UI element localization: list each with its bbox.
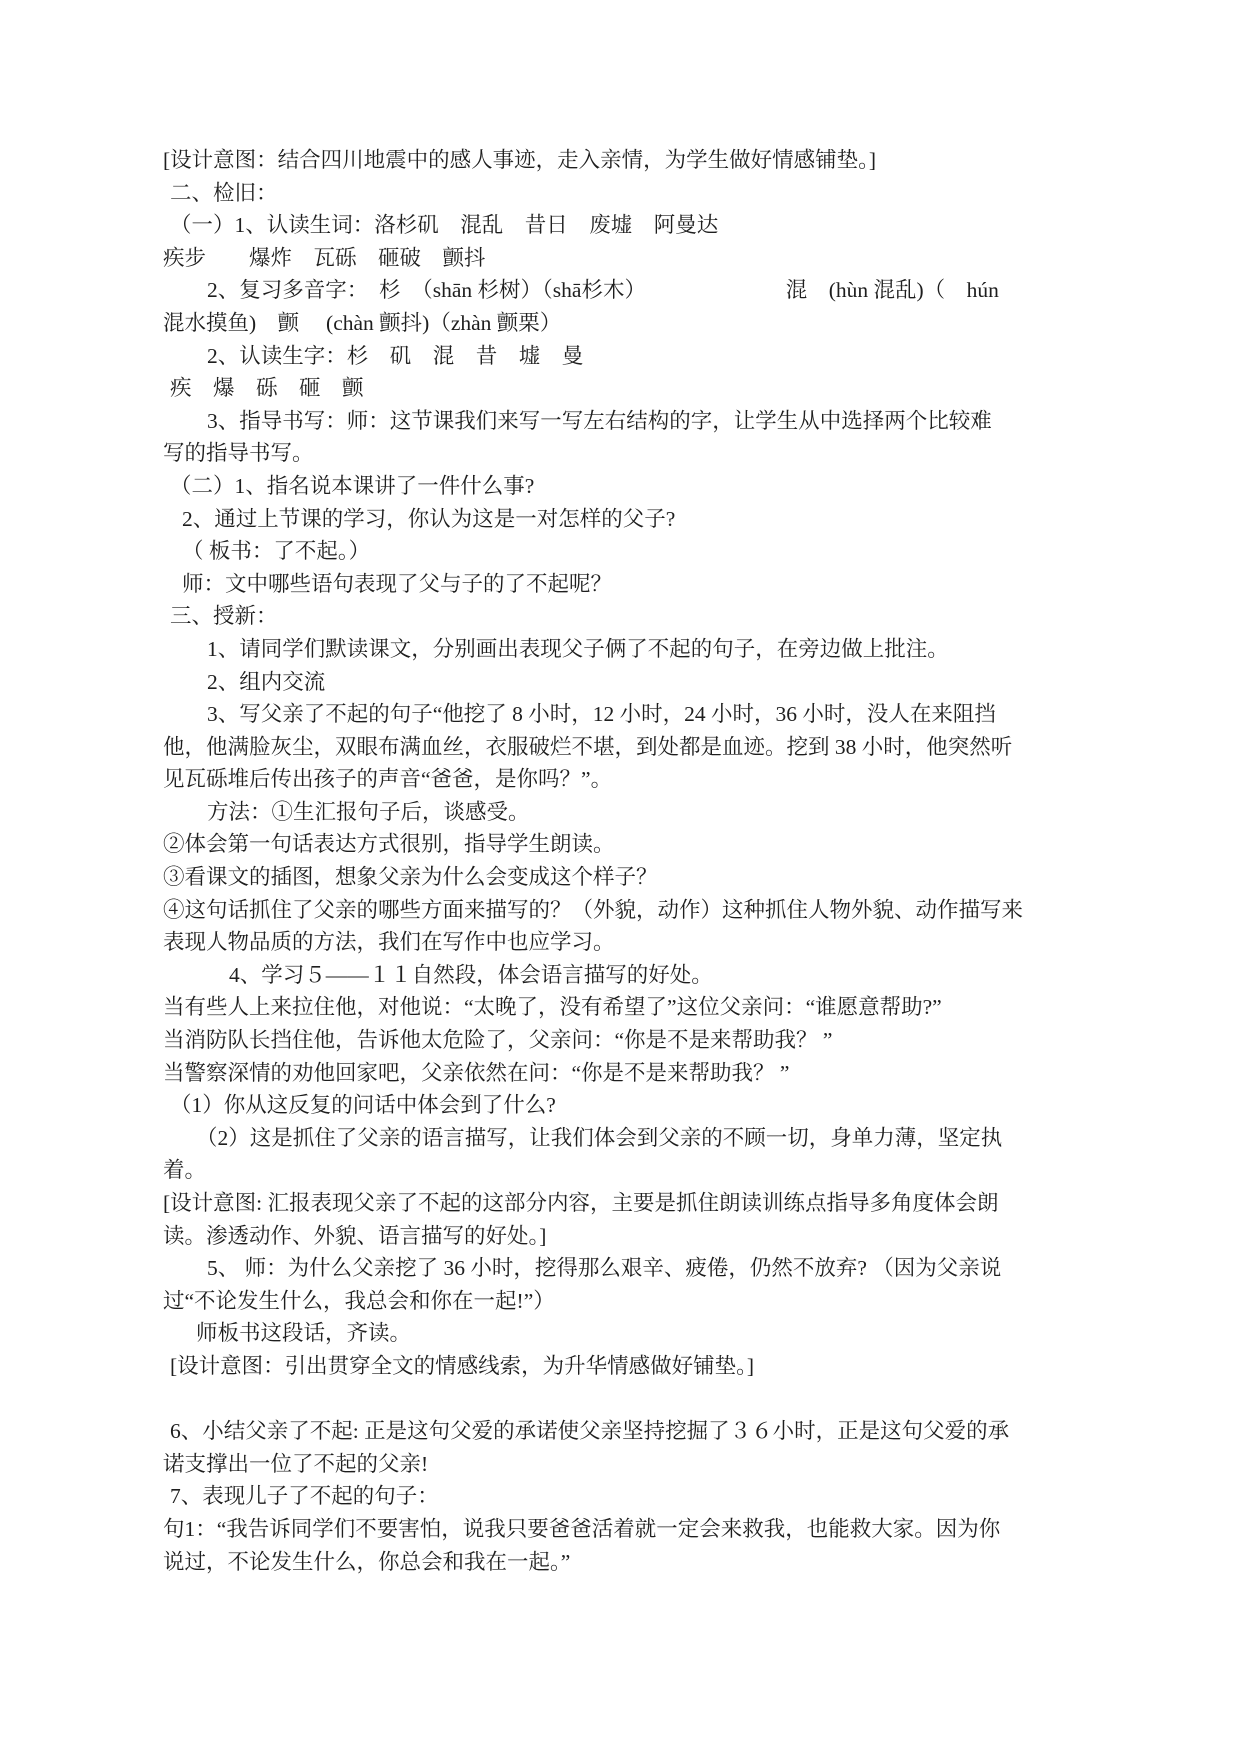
text-line: 混水摸鱼) 颤 (chàn 颤抖)（zhàn 颤栗） bbox=[163, 307, 1083, 340]
text-line: 2、复习多音字： 杉 （shān 杉树）（shā杉木） 混 (hùn 混乱)（ … bbox=[163, 274, 1083, 307]
text-line: 疾 爆 砾 砸 颤 bbox=[163, 372, 1083, 405]
text-line: 2、组内交流 bbox=[163, 666, 1083, 699]
text-line: 过“不论发生什么，我总会和你在一起!”） bbox=[163, 1285, 1083, 1318]
text-line: （二）1、指名说本课讲了一件什么事? bbox=[163, 470, 1083, 503]
text-line: ④这句话抓住了父亲的哪些方面来描写的？（外貌，动作）这种抓住人物外貌、动作描写来 bbox=[163, 894, 1083, 927]
design-note-line: 读。渗透动作、外貌、语言描写的好处。] bbox=[163, 1220, 1083, 1253]
text-line: 3、写父亲了不起的句子“他挖了 8 小时，12 小时，24 小时，36 小时，没… bbox=[163, 698, 1083, 731]
design-note-line: [设计意图: 汇报表现父亲了不起的这部分内容，主要是抓住朗读训练点指导多角度体会… bbox=[163, 1187, 1083, 1220]
document-page: [设计意图：结合四川地震中的感人事迹，走入亲情，为学生做好情感铺垫。] 二、检旧… bbox=[0, 0, 1241, 1754]
text-line: ②体会第一句话表达方式很别，指导学生朗读。 bbox=[163, 828, 1083, 861]
text-line: 师板书这段话，齐读。 bbox=[163, 1317, 1083, 1350]
text-line: 2、认读生字：杉 矶 混 昔 墟 曼 bbox=[163, 340, 1083, 373]
text-line: 写的指导书写。 bbox=[163, 437, 1083, 470]
text-line: 7、表现儿子了不起的句子： bbox=[163, 1480, 1083, 1513]
text-line: 方法：①生汇报句子后，谈感受。 bbox=[163, 796, 1083, 829]
text-line: ③看课文的插图，想象父亲为什么会变成这个样子？ bbox=[163, 861, 1083, 894]
text-line: 当消防队长挡住他，告诉他太危险了，父亲问：“你是不是来帮助我？ ” bbox=[163, 1024, 1083, 1057]
text-line: 2、通过上节课的学习，你认为这是一对怎样的父子? bbox=[163, 503, 1083, 536]
design-note-line: [设计意图：结合四川地震中的感人事迹，走入亲情，为学生做好情感铺垫。] bbox=[163, 144, 1083, 177]
text-line: 4、学习５——１１自然段，体会语言描写的好处。 bbox=[163, 959, 1083, 992]
lesson-plan-content: [设计意图：结合四川地震中的感人事迹，走入亲情，为学生做好情感铺垫。] 二、检旧… bbox=[163, 144, 1083, 1578]
text-line: （ 板书：了不起。） bbox=[163, 535, 1083, 568]
text-line: 5、 师：为什么父亲挖了 36 小时，挖得那么艰辛、疲倦，仍然不放弃? （因为父… bbox=[163, 1252, 1083, 1285]
section-heading-line: 三、授新： bbox=[163, 600, 1083, 633]
text-line: 当有些人上来拉住他，对他说：“太晚了，没有希望了”这位父亲问：“谁愿意帮助?” bbox=[163, 991, 1083, 1024]
section-heading-line: 二、检旧： bbox=[163, 177, 1083, 210]
text-line: （一）1、认读生词：洛杉矶 混乱 昔日 废墟 阿曼达 bbox=[163, 209, 1083, 242]
text-line: （1）你从这反复的问话中体会到了什么? bbox=[163, 1089, 1083, 1122]
text-line: 当警察深情的劝他回家吧，父亲依然在问：“你是不是来帮助我？ ” bbox=[163, 1057, 1083, 1090]
text-line: 见瓦砾堆后传出孩子的声音“爸爸，是你吗？”。 bbox=[163, 763, 1083, 796]
text-line: 师：文中哪些语句表现了父与子的了不起呢？ bbox=[163, 568, 1083, 601]
blank-line bbox=[163, 1383, 1083, 1416]
text-line: 句1：“我告诉同学们不要害怕，说我只要爸爸活着就一定会来救我，也能救大家。因为你 bbox=[163, 1513, 1083, 1546]
text-line: 说过，不论发生什么，你总会和我在一起。” bbox=[163, 1546, 1083, 1579]
text-line: 1、请同学们默读课文，分别画出表现父子俩了不起的句子，在旁边做上批注。 bbox=[163, 633, 1083, 666]
text-line: 他，他满脸灰尘，双眼布满血丝，衣服破烂不堪，到处都是血迹。挖到 38 小时，他突… bbox=[163, 731, 1083, 764]
text-line: 6、小结父亲了不起: 正是这句父爱的承诺使父亲坚持挖掘了３６小时，正是这句父爱的… bbox=[163, 1415, 1083, 1448]
text-line: 诺支撑出一位了不起的父亲! bbox=[163, 1448, 1083, 1481]
design-note-line: [设计意图：引出贯穿全文的情感线索，为升华情感做好铺垫。] bbox=[163, 1350, 1083, 1383]
text-line: （2）这是抓住了父亲的语言描写，让我们体会到父亲的不顾一切，身单力薄，坚定执 bbox=[163, 1122, 1083, 1155]
text-line: 着。 bbox=[163, 1154, 1083, 1187]
text-line: 3、指导书写：师：这节课我们来写一写左右结构的字，让学生从中选择两个比较难 bbox=[163, 405, 1083, 438]
text-line: 疾步 爆炸 瓦砾 砸破 颤抖 bbox=[163, 242, 1083, 275]
text-line: 表现人物品质的方法，我们在写作中也应学习。 bbox=[163, 926, 1083, 959]
